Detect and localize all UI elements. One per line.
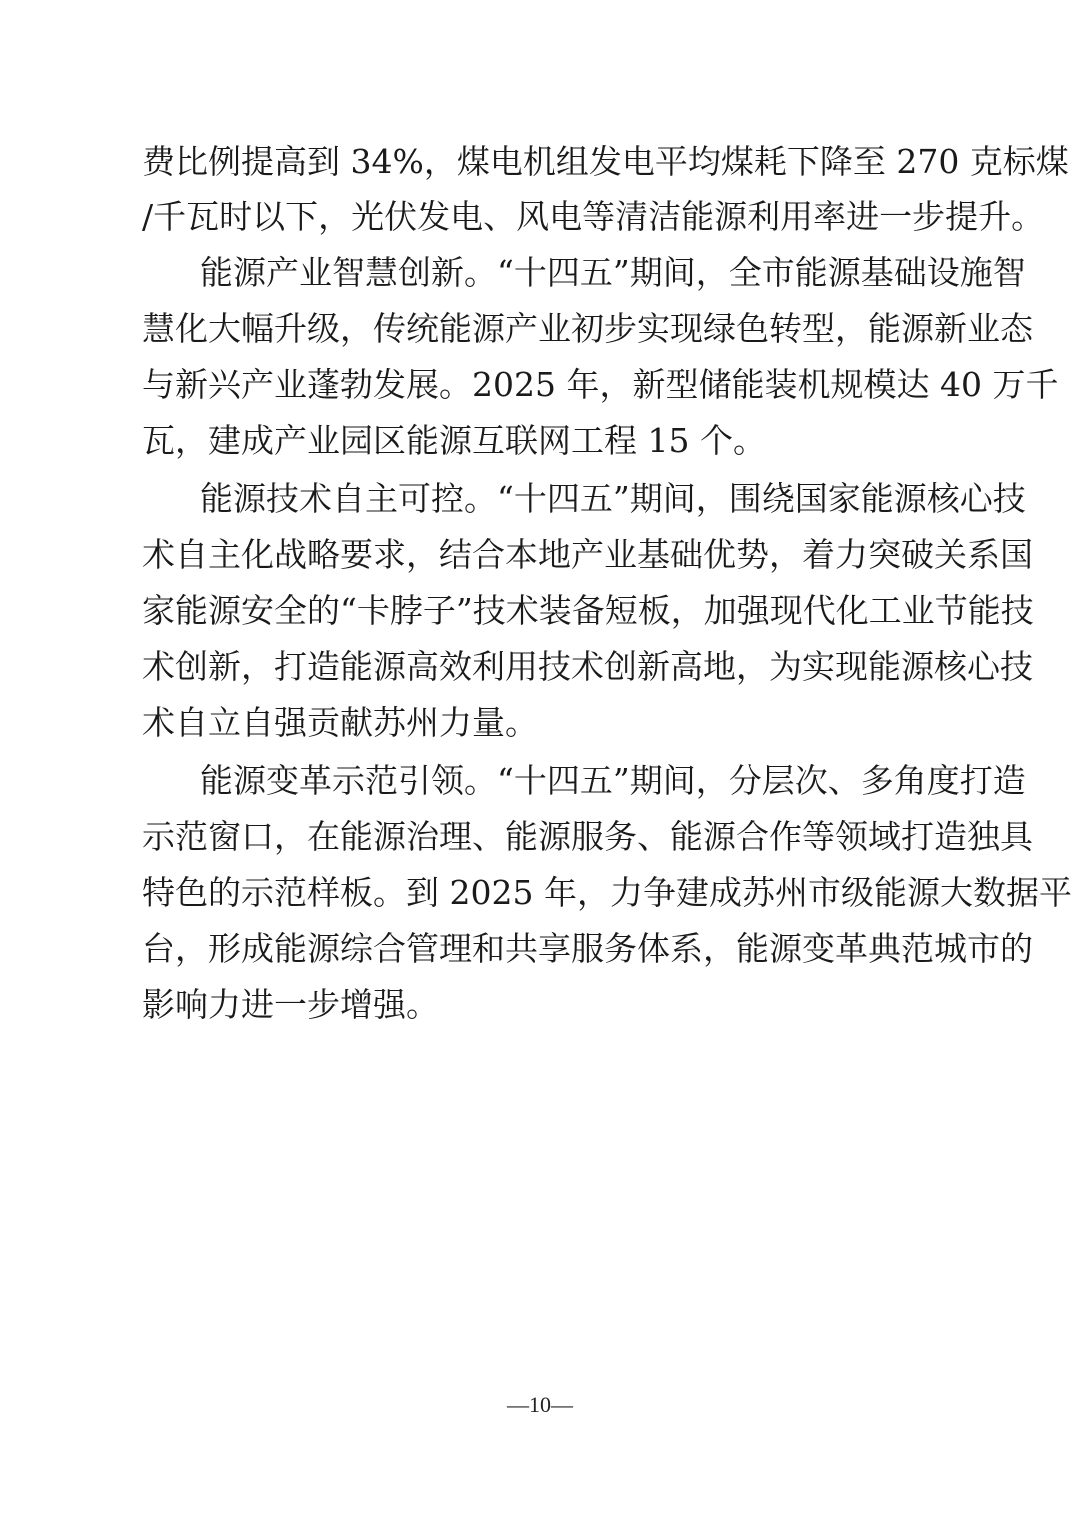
text-line: 瓦，建成产业园区能源互联网工程 15 个。 xyxy=(142,421,920,461)
text-line: 家能源安全的“卡脖子”技术装备短板，加强现代化工业节能技 xyxy=(142,591,920,631)
text-line: 特色的示范样板。到 2025 年，力争建成苏州市级能源大数据平 xyxy=(142,873,920,913)
text-line: 术自立自强贡献苏州力量。 xyxy=(142,703,920,743)
text-line: 与新兴产业蓬勃发展。2025 年，新型储能装机规模达 40 万千 xyxy=(142,365,920,405)
text-line: 费比例提高到 34%，煤电机组发电平均煤耗下降至 270 克标煤 xyxy=(142,142,920,182)
text-line: 影响力进一步增强。 xyxy=(142,985,920,1025)
page-number: —10— xyxy=(0,1392,1080,1418)
text-line: 术自主化战略要求，结合本地产业基础优势，着力突破关系国 xyxy=(142,535,920,575)
text-line: 示范窗口，在能源治理、能源服务、能源合作等领域打造独具 xyxy=(142,817,920,857)
text-line: 慧化大幅升级，传统能源产业初步实现绿色转型，能源新业态 xyxy=(142,309,920,349)
text-line: 能源技术自主可控。“十四五”期间，围绕国家能源核心技 xyxy=(200,479,920,519)
text-line: 台，形成能源综合管理和共享服务体系，能源变革典范城市的 xyxy=(142,929,920,969)
text-line: 能源变革示范引领。“十四五”期间，分层次、多角度打造 xyxy=(200,761,920,801)
text-line: /千瓦时以下，光伏发电、风电等清洁能源利用率进一步提升。 xyxy=(142,197,920,237)
text-line: 术创新，打造能源高效利用技术创新高地，为实现能源核心技 xyxy=(142,647,920,687)
document-page: 费比例提高到 34%，煤电机组发电平均煤耗下降至 270 克标煤 /千瓦时以下，… xyxy=(0,0,1080,1527)
text-line: 能源产业智慧创新。“十四五”期间，全市能源基础设施智 xyxy=(200,253,920,293)
